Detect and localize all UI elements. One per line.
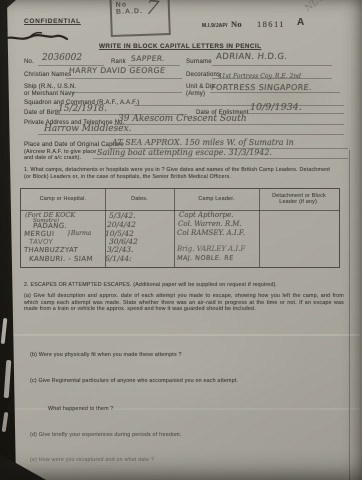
unit-value: FORTRESS SINGAPORE. (211, 83, 313, 92)
field-rule (248, 113, 344, 114)
form-reference: M.I.9/JAP/ (202, 23, 228, 29)
field-rule (114, 124, 344, 125)
date-of-birth-value: 15/2/1918. (58, 104, 107, 114)
series-letter: A (297, 17, 304, 28)
surname-value: ADRIAN. H.D.G. (216, 52, 288, 62)
camp-date: 6/1/44: (105, 254, 132, 263)
surname-label: Surname (186, 59, 212, 65)
stamp-pencil-number: 7 (144, 0, 161, 20)
scratch-mark (0, 24, 72, 55)
col-header-camp: Camp or Hospital. (21, 196, 105, 202)
field-rule (66, 78, 182, 79)
paper-stain (30, 300, 310, 420)
address-line2: Harrow Middlesex. (44, 124, 132, 134)
capture-label-line3: and date of a/c crash). (24, 155, 81, 161)
christian-names-value: HARRY DAVID GEORGE (69, 66, 166, 75)
ship-label-line2: or Merchant Navy (24, 91, 75, 97)
rank-label: Rank (111, 59, 126, 65)
form-title: WRITE IN BLOCK CAPITAL LETTERS IN PENCIL (99, 43, 261, 50)
camp-leader: Col RAMSEY. A.I.F. (177, 229, 245, 237)
question-2-heading: 2. ESCAPES OR ATTEMPTED ESCAPES. (Additi… (24, 282, 346, 288)
camp-name: KANBURI. - SIAM (29, 255, 94, 263)
scanned-pow-form: CONFIDENTIAL BLOCK No B.A.D. 7 M.I.9/JAP… (0, 0, 362, 480)
question-2d-text: (d) Give briefly your experiences during… (30, 432, 182, 438)
camp-leader: Col. Warren. R.M. (178, 220, 242, 228)
ship-label-line1: Ship (R.N., U.S.N. (24, 84, 76, 90)
camp-name: TAVOY (29, 238, 54, 246)
question-2a-text: (a) Give full description and approx. da… (24, 293, 344, 313)
serial-no-sign: No (231, 19, 242, 29)
question-1-text: 1. What camps, detachments or hospitals … (24, 167, 346, 180)
camp-leader: Brig. VARLEY A.I.F (177, 245, 245, 253)
col-header-detachment: Detachment or Block Leader (if any). (259, 193, 339, 205)
camp-name: MERGUI (24, 230, 55, 238)
capture-value-line2: Sailing boat attempting escape. 31/3/194… (97, 148, 272, 157)
col-header-dates: Dates. (105, 196, 174, 202)
camp-date: 20/4/42 (107, 220, 136, 229)
camp-leader: MAJ. NOBLE. RE (177, 254, 234, 262)
camp-name: THANBUZZYAT (24, 246, 79, 254)
underlying-page-edge (349, 150, 350, 480)
unit-label-line2: (Army) (186, 91, 205, 97)
date-of-enlistment-value: 10/9/1934. (250, 102, 302, 113)
paper-crease (10, 334, 360, 336)
camp-region-note: }Burma (67, 230, 91, 237)
christian-names-label: Christian Names (24, 72, 71, 78)
capture-value-line1: AT SEA APPROX. 150 miles W. of Sumatra i… (112, 138, 294, 147)
field-rule (93, 158, 348, 159)
serial-number: 18611 (257, 19, 285, 29)
question-2c-followup-text: What happened to them ? (48, 406, 114, 412)
col-header-leader: Camp Leader. (174, 196, 259, 202)
camp-date: 5/3/42. (109, 211, 136, 220)
block-number-stamp: BLOCK No B.A.D. 7 (109, 0, 171, 37)
question-2c-text: (c) Give Regimental particulars of anyon… (30, 378, 238, 384)
address-line1: 39 Akescom Crescent South (118, 114, 247, 124)
field-rule (72, 92, 182, 93)
field-rule (38, 134, 344, 135)
date-of-birth-label: Date of Birth (24, 110, 60, 116)
question-2e-text: (e) How were you recaptured and on what … (30, 457, 154, 463)
unit-pencil-note: 41st Fortress Coy. R.E. 2nd (218, 73, 301, 80)
field-rule (134, 105, 344, 106)
corner-pencil-mark: NL 3 (303, 0, 327, 14)
field-rule (212, 65, 332, 66)
camp-name: PADANG. (33, 222, 68, 230)
service-no-label: No. (24, 59, 34, 65)
camps-table: Camp or Hospital. Dates. Camp Leader. De… (20, 188, 340, 268)
camp-leader: Capt Apthorpe. (179, 211, 233, 219)
rank-value: SAPPER. (131, 54, 166, 63)
camp-date: 3/2/43. (107, 245, 134, 254)
field-rule (210, 92, 340, 93)
question-2b-text: (b) Were you physically fit when you mad… (30, 352, 182, 358)
